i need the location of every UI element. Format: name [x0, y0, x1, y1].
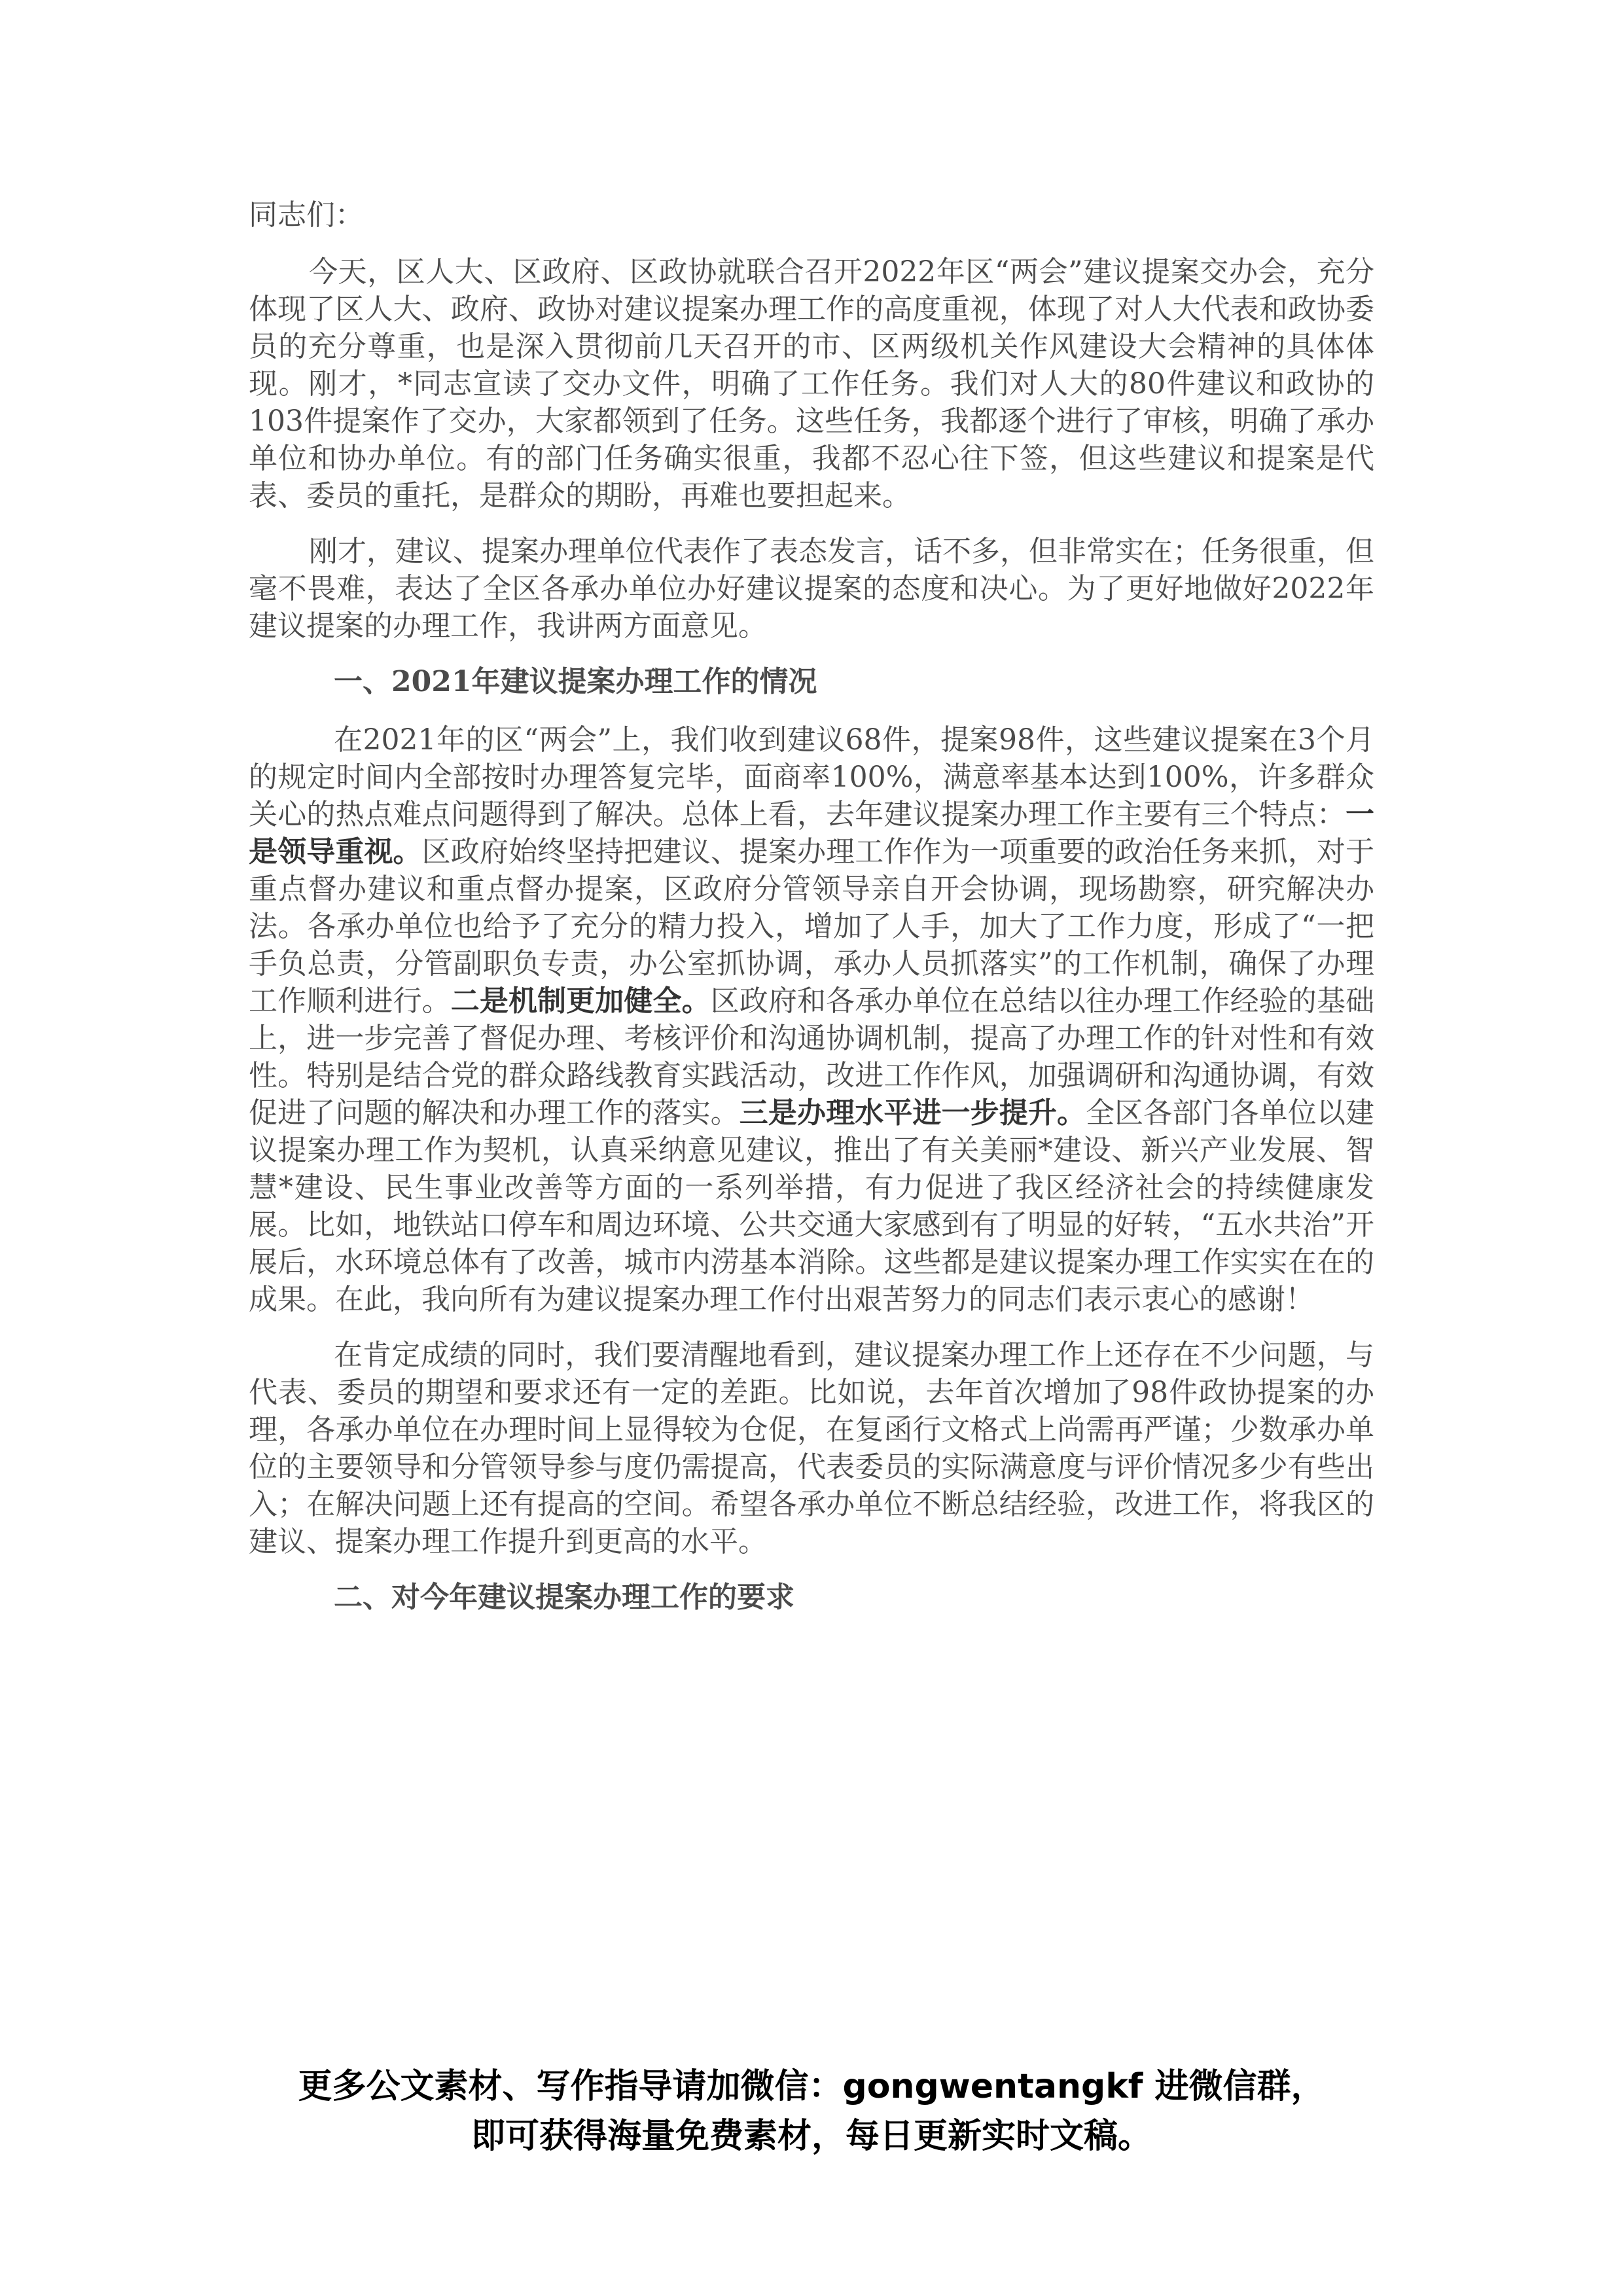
- review-text-intro: 在2021年的区“两会”上，我们收到建议68件，提案98件，这些建议提案在3个月…: [249, 723, 1374, 831]
- point-two-bold: 二是机制更加健全。: [451, 984, 711, 1018]
- paragraph-statements: 刚才，建议、提案办理单位代表作了表态发言，话不多，但非常实在；任务很重，但毫不畏…: [249, 533, 1374, 645]
- section-heading-1: 一、2021年建议提案办理工作的情况: [249, 663, 1374, 700]
- paragraph-opening: 今天，区人大、区政府、区政协就联合召开2022年区“两会”建议提案交办会，充分体…: [249, 253, 1374, 514]
- document-body: 同志们： 今天，区人大、区政府、区政协就联合召开2022年区“两会”建议提案交办…: [249, 196, 1374, 1637]
- point-three-bold: 三是办理水平进一步提升。: [740, 1096, 1086, 1130]
- promo-footer: 更多公文素材、写作指导请加微信：gongwentangkf 进微信群， 即可获得…: [196, 2062, 1427, 2161]
- section-heading-2: 二、对今年建议提案办理工作的要求: [249, 1579, 1374, 1616]
- paragraph-problems: 在肯定成绩的同时，我们要清醒地看到，建议提案办理工作上还存在不少问题，与代表、委…: [249, 1336, 1374, 1560]
- paragraph-2021-review: 在2021年的区“两会”上，我们收到建议68件，提案98件，这些建议提案在3个月…: [249, 721, 1374, 1318]
- promo-footer-line-1: 更多公文素材、写作指导请加微信：gongwentangkf 进微信群，: [196, 2062, 1427, 2111]
- promo-footer-line-2: 即可获得海量免费素材，每日更新实时文稿。: [196, 2111, 1427, 2161]
- salutation: 同志们：: [249, 196, 1374, 234]
